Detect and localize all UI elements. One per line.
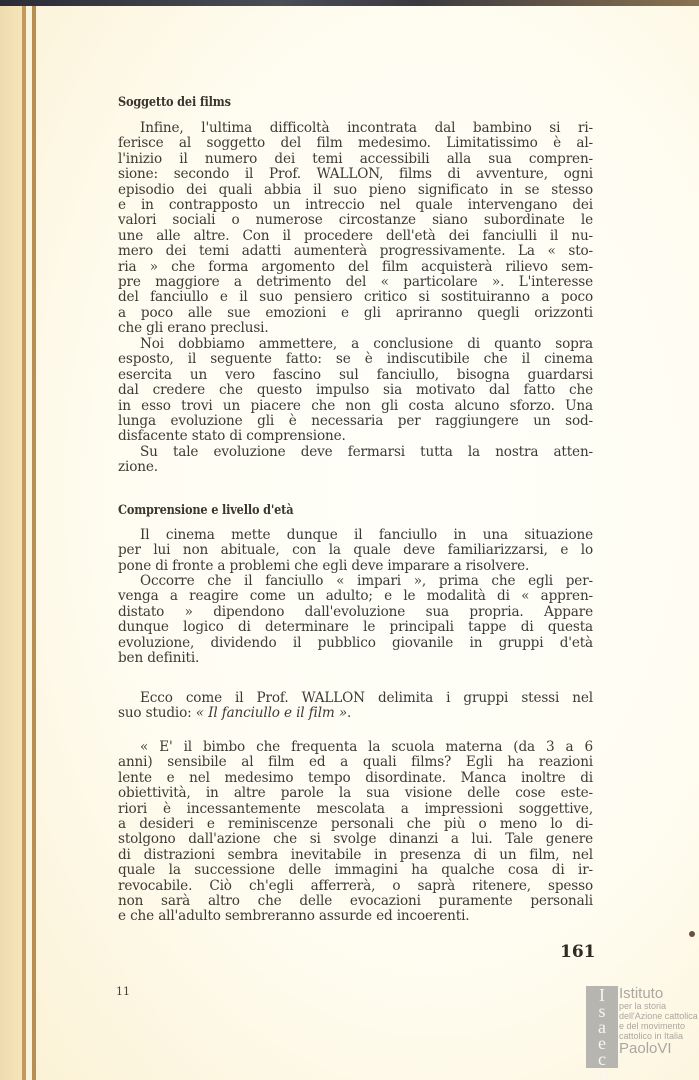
text-line: dal credere che questo impulso sia motiv… bbox=[118, 383, 593, 398]
signature-mark: 11 bbox=[116, 985, 130, 998]
text-line: mero dei temi adatti aumenterà progressi… bbox=[118, 244, 593, 259]
text-line: Infine, l'ultima difficoltà incontrata d… bbox=[118, 121, 593, 136]
text-line: esercita un vero fascino sul fanciullo, … bbox=[118, 368, 593, 383]
text-line: pre maggiore a detrimento del « particol… bbox=[118, 275, 593, 290]
text-line: di distrazioni sembra inevitabile in pre… bbox=[118, 848, 593, 863]
section-heading: Soggetto dei films bbox=[118, 94, 231, 109]
text-line: e in contrapposto un intreccio nel quale… bbox=[118, 198, 593, 213]
text-line: a poco alle sue emozioni e gli apriranno… bbox=[118, 306, 593, 321]
text-line: suo studio: « Il fanciullo e il film ». bbox=[118, 706, 593, 721]
text-line: ria » che forma argomento del film acqui… bbox=[118, 260, 593, 275]
logo-text: Istituto per la storia dell'Azione catto… bbox=[619, 986, 699, 1057]
paragraph: Ecco come il Prof. WALLON delimita i gru… bbox=[118, 691, 593, 722]
text-line: lunga evoluzione gli è necessaria per ra… bbox=[118, 414, 593, 429]
logo-letter-column: I s a e c m bbox=[586, 986, 618, 1068]
paragraph: Occorre che il fanciullo « impari », pri… bbox=[118, 574, 593, 666]
text-line: quale la successione delle immagini ha q… bbox=[118, 863, 593, 878]
logo-letter: m bbox=[586, 1067, 618, 1080]
text-line: evoluzione, dividendo il pubblico giovan… bbox=[118, 636, 593, 651]
text-line: Su tale evoluzione deve fermarsi tutta l… bbox=[118, 445, 593, 460]
text-line: in esso trovi un piacere che non gli cos… bbox=[118, 399, 593, 414]
paragraph: Noi dobbiamo ammettere, a conclusione di… bbox=[118, 337, 593, 445]
text-line: dunque logico di determinare le principa… bbox=[118, 620, 593, 635]
text-line: distato » dipendono dall'evoluzione sua … bbox=[118, 605, 593, 620]
isacem-watermark-logo: I s a e c m Istituto per la storia dell'… bbox=[586, 986, 698, 1068]
paragraph: Su tale evoluzione deve fermarsi tutta l… bbox=[118, 445, 593, 476]
text-line: stolgono dall'azione che si svolge dinan… bbox=[118, 832, 593, 847]
logo-line: e del movimento bbox=[619, 1021, 699, 1031]
text-line: disfacente stato di comprensione. bbox=[118, 429, 593, 444]
text-line: l'inizio il numero dei temi accessibili … bbox=[118, 152, 593, 167]
text-line: Ecco come il Prof. WALLON delimita i gru… bbox=[118, 691, 593, 706]
text-line: obiettività, in altre parole la sua visi… bbox=[118, 786, 593, 801]
text-line: venga a reagire come un adulto; e le mod… bbox=[118, 589, 593, 604]
section-heading: Comprensione e livello d'età bbox=[118, 502, 293, 517]
text-line: ben definiti. bbox=[118, 651, 593, 666]
page-number: 161 bbox=[560, 942, 596, 962]
ink-spot bbox=[689, 931, 695, 937]
text-line: Il cinema mette dunque il fanciullo in u… bbox=[118, 528, 593, 543]
quotation-paragraph: « E' il bimbo che frequenta la scuola ma… bbox=[118, 740, 593, 925]
text-line: del fanciullo e il suo pensiero critico … bbox=[118, 290, 593, 305]
text-line: esposto, il seguente fatto: se è indiscu… bbox=[118, 352, 593, 367]
text-line: riori è incessantemente mescolata a impr… bbox=[118, 802, 593, 817]
text-line: pone di fronte a problemi che egli deve … bbox=[118, 559, 593, 574]
text-line: episodio dei quali abbia il suo pieno si… bbox=[118, 183, 593, 198]
text-span: . bbox=[347, 705, 351, 721]
text-line: ferisce al soggetto del film medesimo. L… bbox=[118, 136, 593, 151]
text-line: anni) sensibile al film ed a quali films… bbox=[118, 755, 593, 770]
text-span: suo studio: bbox=[118, 705, 196, 721]
text-line: valori sociali o numerose circostanze si… bbox=[118, 213, 593, 228]
text-line: non sarà altro che delle evocazioni pura… bbox=[118, 894, 593, 909]
text-line: sione: secondo il Prof. WALLON, films di… bbox=[118, 167, 593, 182]
facing-page-edge bbox=[0, 6, 24, 1080]
text-line: per lui non abituale, con la quale deve … bbox=[118, 543, 593, 558]
logo-footer: PaoloVI bbox=[619, 1041, 699, 1057]
text-line: revocabile. Ciò ch'egli afferrerà, o sap… bbox=[118, 879, 593, 894]
text-line: « E' il bimbo che frequenta la scuola ma… bbox=[118, 740, 593, 755]
logo-title: Istituto bbox=[619, 986, 699, 1001]
paragraph: Infine, l'ultima difficoltà incontrata d… bbox=[118, 121, 593, 337]
text-line: Occorre che il fanciullo « impari », pri… bbox=[118, 574, 593, 589]
logo-line: per la storia bbox=[619, 1001, 699, 1011]
text-line: che gli erano preclusi. bbox=[118, 321, 593, 336]
text-line: lente e nel medesimo tempo disordinate. … bbox=[118, 771, 593, 786]
book-title: « Il fanciullo e il film » bbox=[196, 705, 347, 721]
text-line: Noi dobbiamo ammettere, a conclusione di… bbox=[118, 337, 593, 352]
text-line: a desideri e reminiscenze personali che … bbox=[118, 817, 593, 832]
text-line: zione. bbox=[118, 460, 593, 475]
text-line: une alle altre. Con il procedere dell'et… bbox=[118, 229, 593, 244]
text-line: e che all'adulto sembreranno assurde ed … bbox=[118, 909, 593, 924]
paragraph: Il cinema mette dunque il fanciullo in u… bbox=[118, 528, 593, 574]
logo-line: dell'Azione cattolica bbox=[619, 1011, 699, 1021]
